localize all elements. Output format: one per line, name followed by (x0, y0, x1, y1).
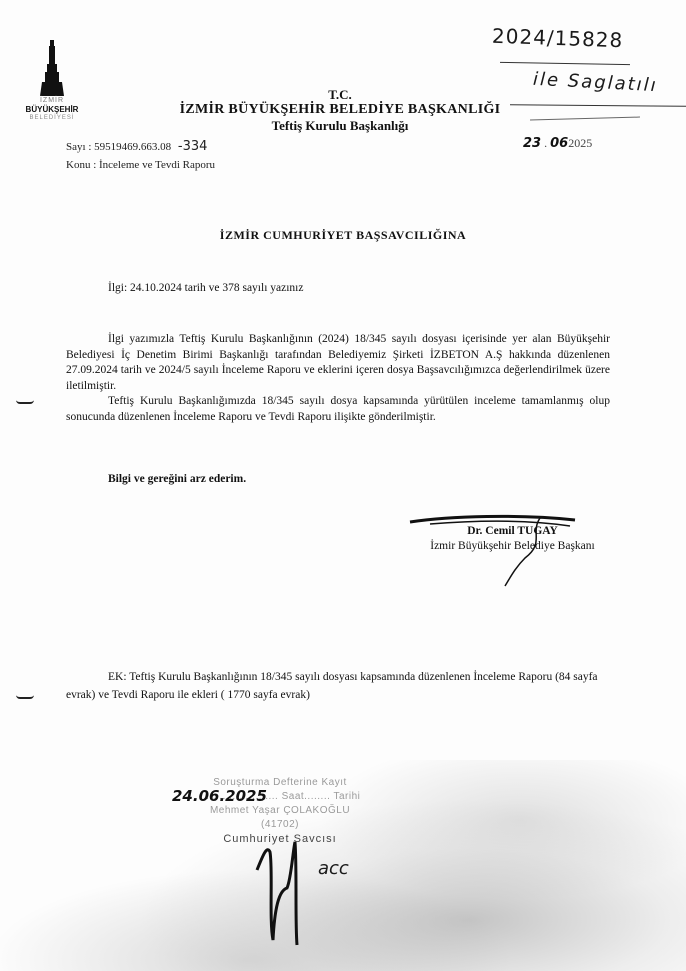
document-page: İZMİR BÜYÜKŞEHİR BELEDİYESİ T.C. İZMİR B… (0, 0, 686, 971)
konu-value: : İnceleme ve Tevdi Raporu (93, 159, 215, 171)
country-code: T.C. (170, 88, 510, 102)
attachment-text: EK: Teftiş Kurulu Başkanlığının 18/345 s… (66, 668, 626, 704)
signature-block: Dr. Cemil TUGAY İzmir Büyükşehir Belediy… (405, 524, 620, 554)
closing-line: Bilgi ve gereğini arz ederim. (108, 473, 246, 485)
stamp-handwritten-date: 24.06.2025 (172, 787, 267, 805)
margin-mark-bottom (16, 695, 34, 699)
signatory-title: İzmir Büyükşehir Belediye Başkanı (405, 539, 620, 554)
handwritten-underline (500, 62, 630, 65)
body-paragraph-1: İlgi yazımızla Teftiş Kurulu Başkanlığın… (66, 332, 610, 394)
attachment-note: EK: Teftiş Kurulu Başkanlığının 18/345 s… (66, 668, 626, 704)
handwritten-rule-2 (530, 117, 640, 121)
institution-name: İZMİR BÜYÜKŞEHİR BELEDİYE BAŞKANLIĞI (170, 102, 510, 118)
konu-line: Konu : İnceleme ve Tevdi Raporu (66, 156, 215, 174)
municipality-logo: İZMİR BÜYÜKŞEHİR BELEDİYESİ (22, 40, 82, 126)
handwritten-note: ile Saglatılı (533, 69, 659, 97)
handwritten-rule (510, 104, 686, 107)
clock-tower-icon (40, 40, 64, 96)
date-year: 2025 (568, 136, 592, 150)
stamp-line-4: (41702) (170, 818, 390, 832)
stamp-line-3: Mehmet Yaşar ÇOLAKOĞLU (170, 804, 390, 818)
document-date: 23 . 062025 (523, 136, 592, 151)
signatory-name: Dr. Cemil TUGAY (405, 524, 620, 539)
addressee: İZMİR CUMHURİYET BAŞSAVCILIĞINA (0, 228, 686, 243)
date-month: 06 (550, 136, 568, 151)
prosecutor-initials: acc (318, 858, 349, 879)
handwritten-file-number: 2024/15828 (492, 24, 624, 53)
prosecutor-signature-icon (255, 840, 375, 950)
sayi-label: Sayı (66, 141, 86, 153)
logo-line-2: BÜYÜKŞEHİR (22, 105, 82, 114)
konu-label: Konu (66, 159, 90, 171)
letterhead: T.C. İZMİR BÜYÜKŞEHİR BELEDİYE BAŞKANLIĞ… (170, 88, 510, 134)
sayi-line: Sayı : 59519469.663.08 -334 (66, 138, 215, 156)
margin-mark-top (16, 400, 34, 404)
body-paragraph-2: Teftiş Kurulu Başkanlığımızda 18/345 say… (66, 394, 610, 425)
letter-body: İlgi yazımızla Teftiş Kurulu Başkanlığın… (66, 332, 610, 425)
reference-line: İlgi: 24.10.2024 tarih ve 378 sayılı yaz… (108, 282, 303, 294)
date-day: 23 (523, 136, 541, 151)
sayi-value: : 59519469.663.08 (88, 141, 171, 153)
reference-block: Sayı : 59519469.663.08 -334 Konu : İncel… (66, 138, 215, 174)
sayi-handwritten: -334 (178, 139, 208, 154)
logo-line-3: BELEDİYESİ (22, 114, 82, 122)
logo-line-1: İZMİR (22, 97, 82, 105)
department-name: Teftiş Kurulu Başkanlığı (170, 118, 510, 134)
